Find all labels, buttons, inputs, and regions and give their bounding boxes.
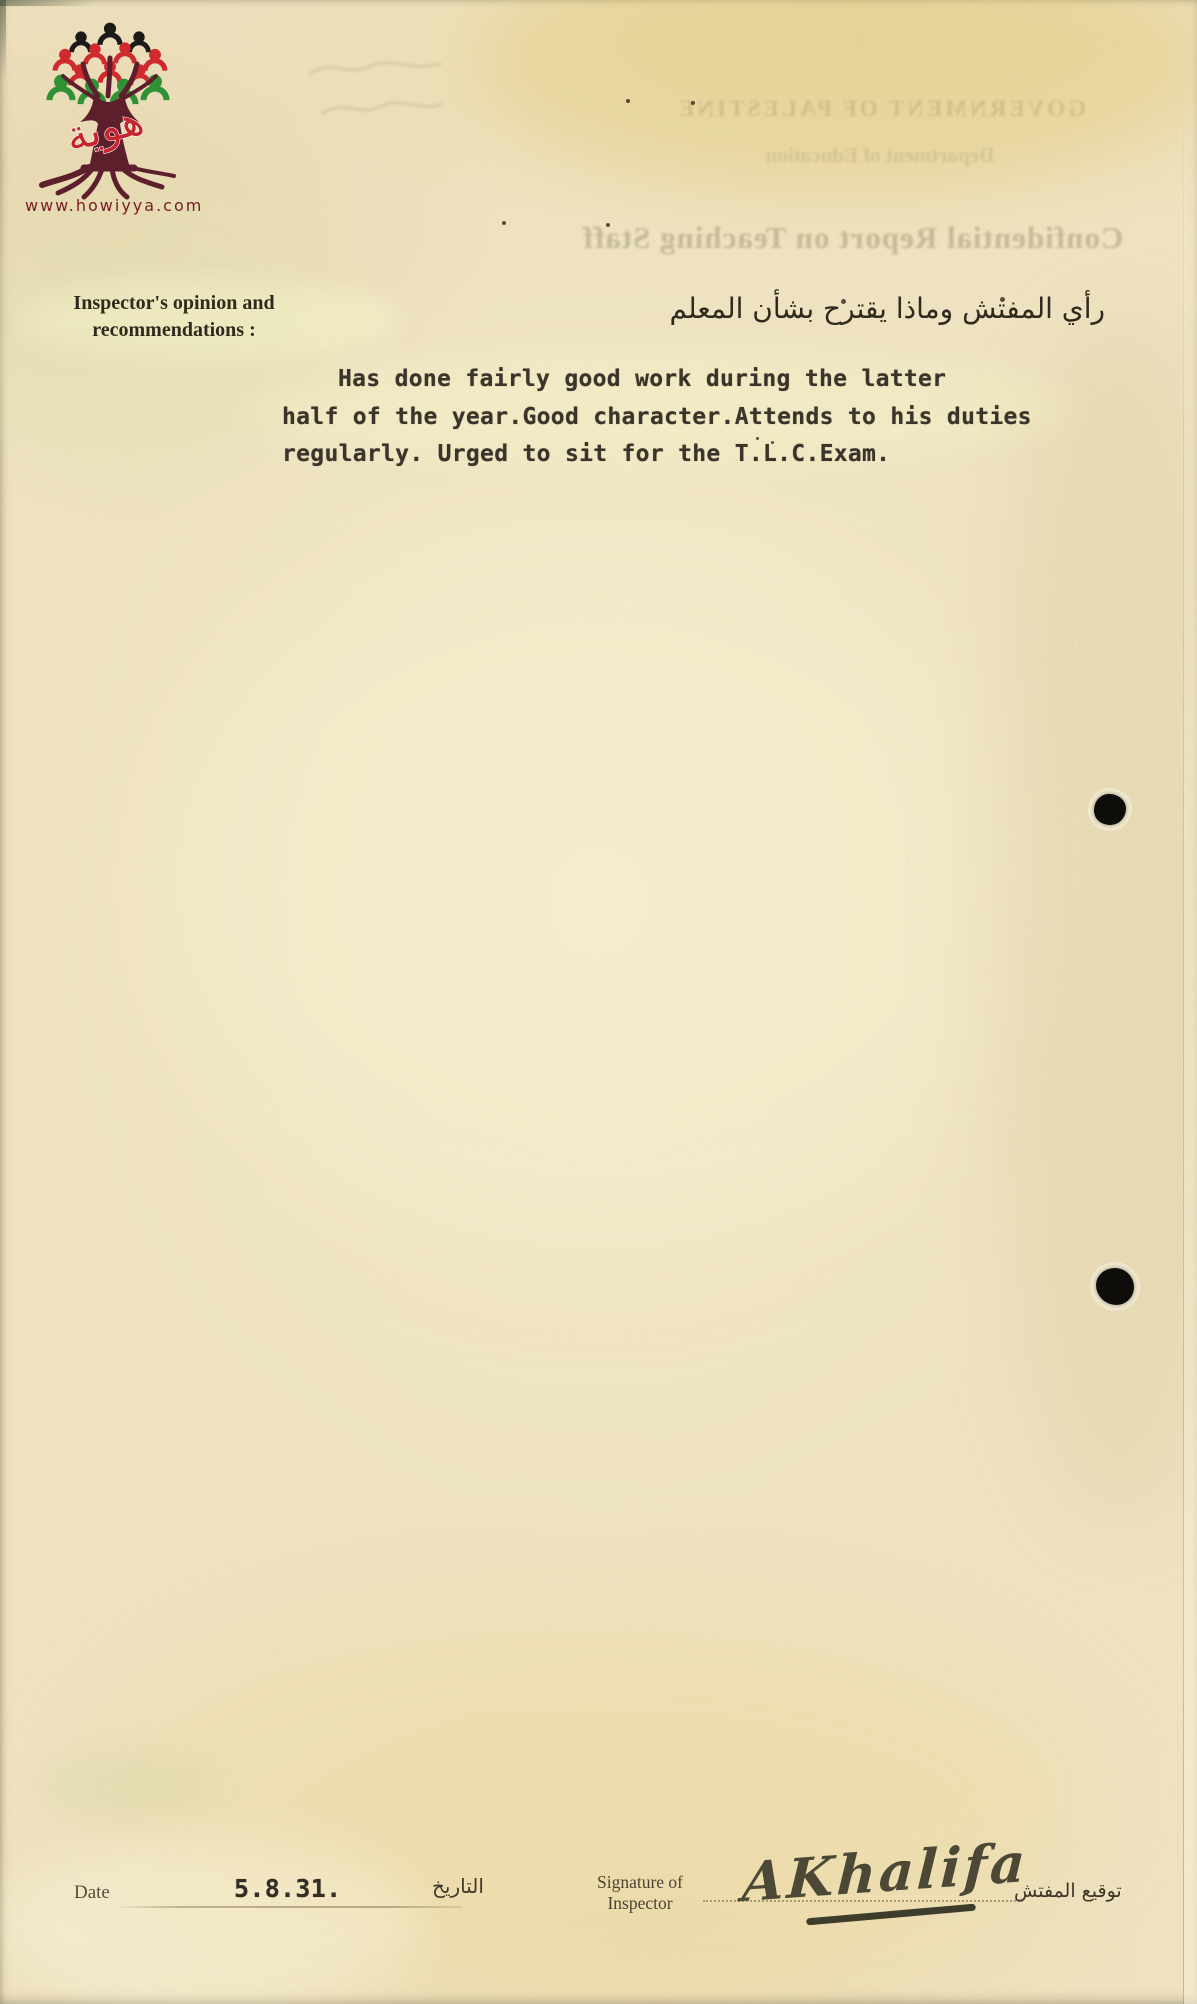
remarks-line2: half of the year.Good character.Attends … [282, 404, 1032, 430]
ink-speck [502, 221, 506, 225]
paper-stain [90, 1600, 1090, 1980]
paper-stain [990, 320, 1197, 1520]
logo-calligraphy: هوية [61, 95, 149, 161]
page-edge-right [1183, 0, 1197, 2004]
signature-label-arabic: توقيع المفتش [1014, 1880, 1122, 1902]
remarks-line3: regularly. Urged to sit for the T.L.C.Ex… [282, 441, 890, 467]
watermark-url: www.howiyya.com [25, 196, 203, 215]
ink-speck [691, 101, 695, 105]
ink-speck [606, 223, 610, 227]
date-line [112, 1906, 462, 1908]
ghost-header-line1: GOVERNMENT OF PALESTINE [688, 96, 1086, 122]
scan-edge-top [0, 0, 96, 6]
opinion-label-line2: recommendations : [58, 317, 290, 344]
ghost-scribble [300, 52, 450, 142]
signature-label: Signature of Inspector [575, 1872, 705, 1914]
ink-speck [756, 437, 759, 440]
hole-punch-mark [1094, 794, 1126, 825]
ink-speck [626, 99, 630, 103]
paper-stain [40, 1750, 220, 1820]
ghost-title: Confidential Report on Teaching Staff [560, 220, 1145, 256]
paper-stain [150, 520, 1050, 1240]
date-label: Date [74, 1882, 110, 1904]
ghost-header-line2: Department of Education [715, 143, 1045, 168]
paper-stain [0, 1840, 420, 2004]
hole-punch-mark [1096, 1268, 1134, 1305]
opinion-label-en: Inspector's opinion and recommendations … [58, 290, 290, 344]
opinion-label-line1: Inspector's opinion and [58, 290, 290, 317]
signature-label-line1: Signature of [575, 1872, 705, 1893]
remarks-line1: Has done fairly good work during the lat… [338, 366, 946, 392]
scan-edge-left [0, 0, 6, 80]
howiyya-tree-logo: هوية [34, 20, 184, 202]
date-label-arabic: التاريخ [432, 1874, 484, 1898]
document-page: هوية www.howiyya.com GOVERNMENT OF PALES… [0, 0, 1197, 2004]
signature-label-line2: Inspector [575, 1893, 705, 1914]
inspector-signature: AKhalifa [741, 1830, 1030, 1914]
date-value: 5.8.31. [234, 1874, 341, 1903]
opinion-label-ar: رأي المفتش وماذا يقترح بشأن المعلم [700, 292, 1105, 325]
